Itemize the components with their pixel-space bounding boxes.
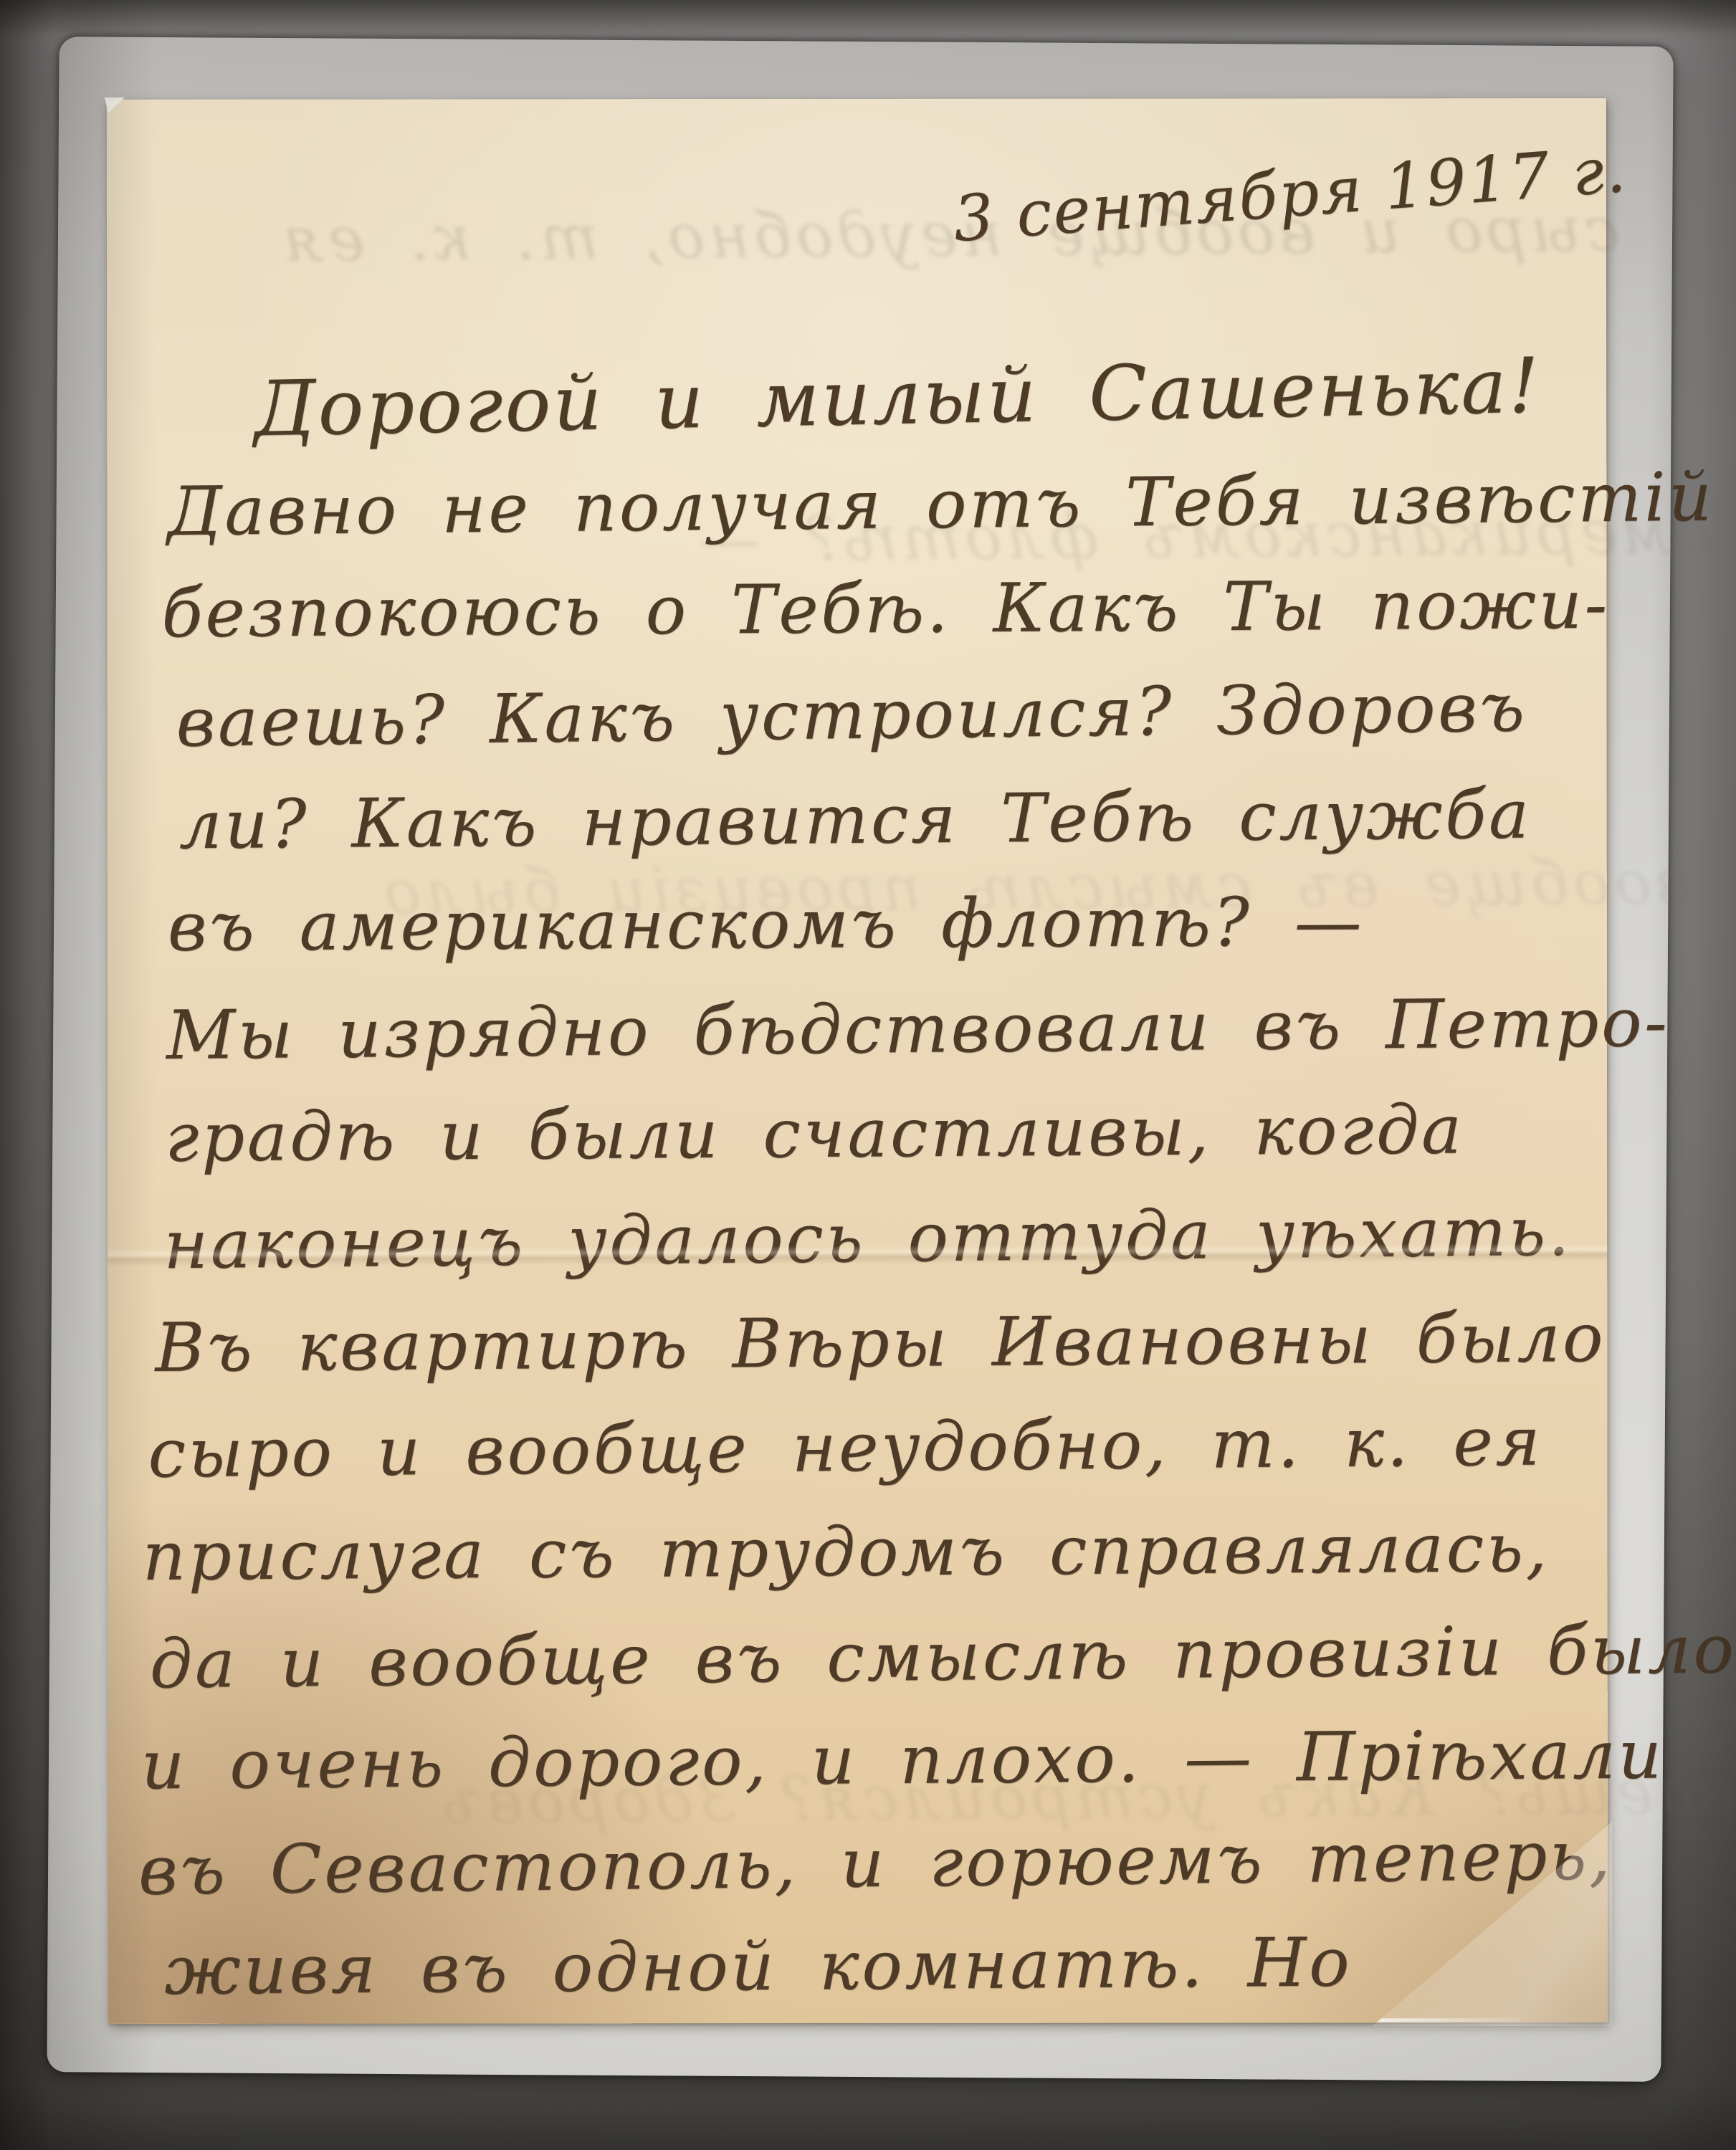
letter-line: Давно не получая отъ Тебя извѣстій <box>167 459 1714 552</box>
letter-line: наконецъ удалось оттуда уѣхать. <box>163 1193 1573 1285</box>
letter-line: ли? Какъ нравится Тебѣ служба <box>178 776 1532 865</box>
letter-line: градѣ и были счастливы, когда <box>165 1091 1464 1177</box>
letter-line: ваешь? Какъ устроился? Здоровъ <box>176 669 1527 762</box>
letter-line: да и вообще въ смыслѣ провизіи было <box>149 1610 1736 1704</box>
letter-date: 3 сентября 1917 г. <box>950 133 1629 257</box>
letter-line: сыро и вообще неудобно, т. к. ея <box>148 1403 1543 1494</box>
letter-line: въ американскомъ флотѣ? — <box>168 883 1365 966</box>
paper-corner-glint <box>105 97 125 113</box>
museum-wall: сыро и вообще неудобно, т. к. ея въ амер… <box>0 0 1736 2150</box>
letter-line: въ Севастополь, и горюемъ теперь, <box>138 1817 1613 1911</box>
letter-line: и очень дорого, и плохо. — Пріѣхали <box>140 1716 1664 1805</box>
letter-page: сыро и вообще неудобно, т. к. ея въ амер… <box>107 98 1608 2024</box>
letter-salutation: Дорогой и милый Сашенька! <box>253 341 1542 453</box>
display-mat: сыро и вообще неудобно, т. к. ея въ амер… <box>47 37 1673 2082</box>
letter-line: Въ квартирѣ Вѣры Ивановны было <box>155 1299 1606 1387</box>
letter-line: Мы изрядно бѣдствовали въ Петро- <box>166 984 1670 1075</box>
letter-line: прислуга съ трудомъ справлялась, <box>142 1509 1550 1596</box>
letter-line: живя въ одной комнатѣ. Но <box>164 1924 1353 2010</box>
letter-line: безпокоюсь о Тебѣ. Какъ Ты пожи- <box>161 566 1610 653</box>
